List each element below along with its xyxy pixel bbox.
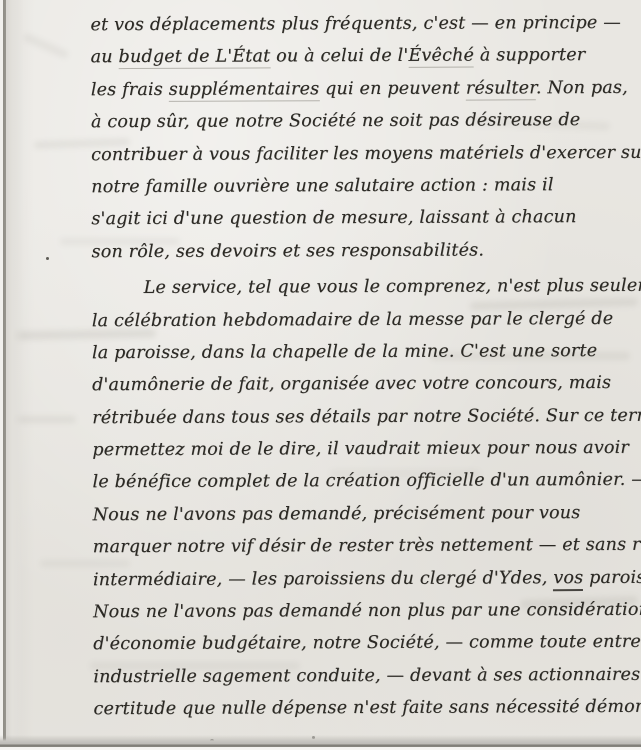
text-segment: Nous ne l'avons pas demandé non plus par…: [93, 600, 641, 622]
handwritten-line: le bénéfice complet de la création offic…: [92, 464, 641, 499]
handwritten-line: d'aumônerie de fait, organisée avec votr…: [92, 367, 641, 402]
text-segment: paroissiens: [583, 567, 641, 587]
underlined-text: vos: [553, 568, 583, 591]
letter-body: et vos déplacements plus fréquents, c'es…: [90, 7, 641, 726]
handwritten-line: et vos déplacements plus fréquents, c'es…: [90, 7, 639, 42]
handwritten-line: Nous ne l'avons pas demandé non plus par…: [93, 594, 641, 629]
handwritten-line: s'agit ici d'une question de mesure, lai…: [91, 201, 640, 236]
handwritten-line: certitude que nulle dépense n'est faite …: [93, 691, 641, 726]
text-segment: Nous ne l'avons pas demandé, précisément…: [93, 503, 581, 525]
handwritten-line: contribuer à vous faciliter les moyens m…: [91, 136, 640, 171]
text-segment: rétribuée dans tous ses détails par notr…: [92, 405, 641, 428]
text-segment: la célébration hebdomadaire de la messe …: [92, 308, 614, 330]
handwritten-line: la célébration hebdomadaire de la messe …: [92, 302, 641, 337]
handwritten-line: Le service, tel que vous le comprenez, n…: [92, 270, 641, 305]
text-segment: d'économie budgétaire, notre Société, — …: [93, 632, 641, 655]
text-segment: Le service, tel que vous le comprenez, n…: [144, 276, 641, 298]
text-segment: les frais: [91, 80, 169, 100]
underlined-text: résulter: [466, 78, 536, 100]
text-segment: à coup sûr, que notre Société ne soit pa…: [91, 110, 580, 132]
text-segment: qui en peuvent: [319, 78, 466, 99]
underlined-text: Évêché: [408, 46, 474, 68]
text-segment: s'agit ici d'une question de mesure, lai…: [91, 207, 576, 229]
text-segment: la paroisse, dans la chapelle de la mine…: [92, 341, 597, 363]
text-segment: industrielle sagement conduite, — devant…: [93, 665, 641, 687]
bleedthrough-mark: [22, 33, 69, 60]
handwritten-line: d'économie budgétaire, notre Société, — …: [93, 626, 641, 661]
text-segment: notre famille ouvrière une salutaire act…: [91, 175, 553, 197]
page-left-edge: [0, 0, 24, 750]
handwritten-line: à coup sûr, que notre Société ne soit pa…: [91, 104, 640, 139]
handwritten-line: les frais supplémentaires qui en peuvent…: [91, 72, 640, 107]
text-segment: à supporter: [474, 45, 585, 65]
handwritten-line: marquer notre vif désir de rester très n…: [93, 529, 641, 564]
handwritten-line: Nous ne l'avons pas demandé, précisément…: [93, 497, 641, 532]
text-segment: contribuer à vous faciliter les moyens m…: [91, 142, 641, 164]
underlined-text: supplémentaires: [169, 79, 320, 102]
handwritten-line: son rôle, ses devoirs et ses responsabil…: [91, 234, 640, 269]
handwritten-line: notre famille ouvrière une salutaire act…: [91, 169, 640, 204]
text-segment: . Non pas,: [536, 78, 628, 98]
text-segment: permettez moi de le dire, il vaudrait mi…: [92, 438, 629, 460]
text-segment: et vos déplacements plus fréquents, c'es…: [90, 13, 620, 35]
handwritten-line: permettez moi de le dire, il vaudrait mi…: [92, 432, 641, 467]
page-bottom-edge: [0, 735, 641, 750]
handwritten-line: la paroisse, dans la chapelle de la mine…: [92, 335, 641, 370]
text-segment: certitude que nulle dépense n'est faite …: [93, 697, 641, 720]
text-segment: marquer notre vif désir de rester très n…: [93, 535, 641, 558]
text-segment: son rôle, ses devoirs et ses responsabil…: [91, 240, 484, 262]
text-segment: au: [91, 47, 119, 67]
ink-speck: [46, 257, 49, 260]
text-segment: ou à celui de l': [270, 46, 408, 67]
letter-page: et vos déplacements plus fréquents, c'es…: [0, 0, 641, 750]
text-segment: le bénéfice complet de la création offic…: [92, 470, 641, 492]
handwritten-line: au budget de L'État ou à celui de l'Évêc…: [91, 39, 640, 74]
text-segment: d'aumônerie de fait, organisée avec votr…: [92, 373, 611, 395]
handwritten-line: intermédiaire, — les paroissiens du cler…: [93, 561, 641, 596]
underlined-text: budget de L'État: [118, 47, 270, 70]
handwritten-line: industrielle sagement conduite, — devant…: [93, 659, 641, 694]
text-segment: intermédiaire, — les paroissiens du cler…: [93, 568, 553, 590]
handwritten-line: rétribuée dans tous ses détails par notr…: [92, 399, 641, 434]
